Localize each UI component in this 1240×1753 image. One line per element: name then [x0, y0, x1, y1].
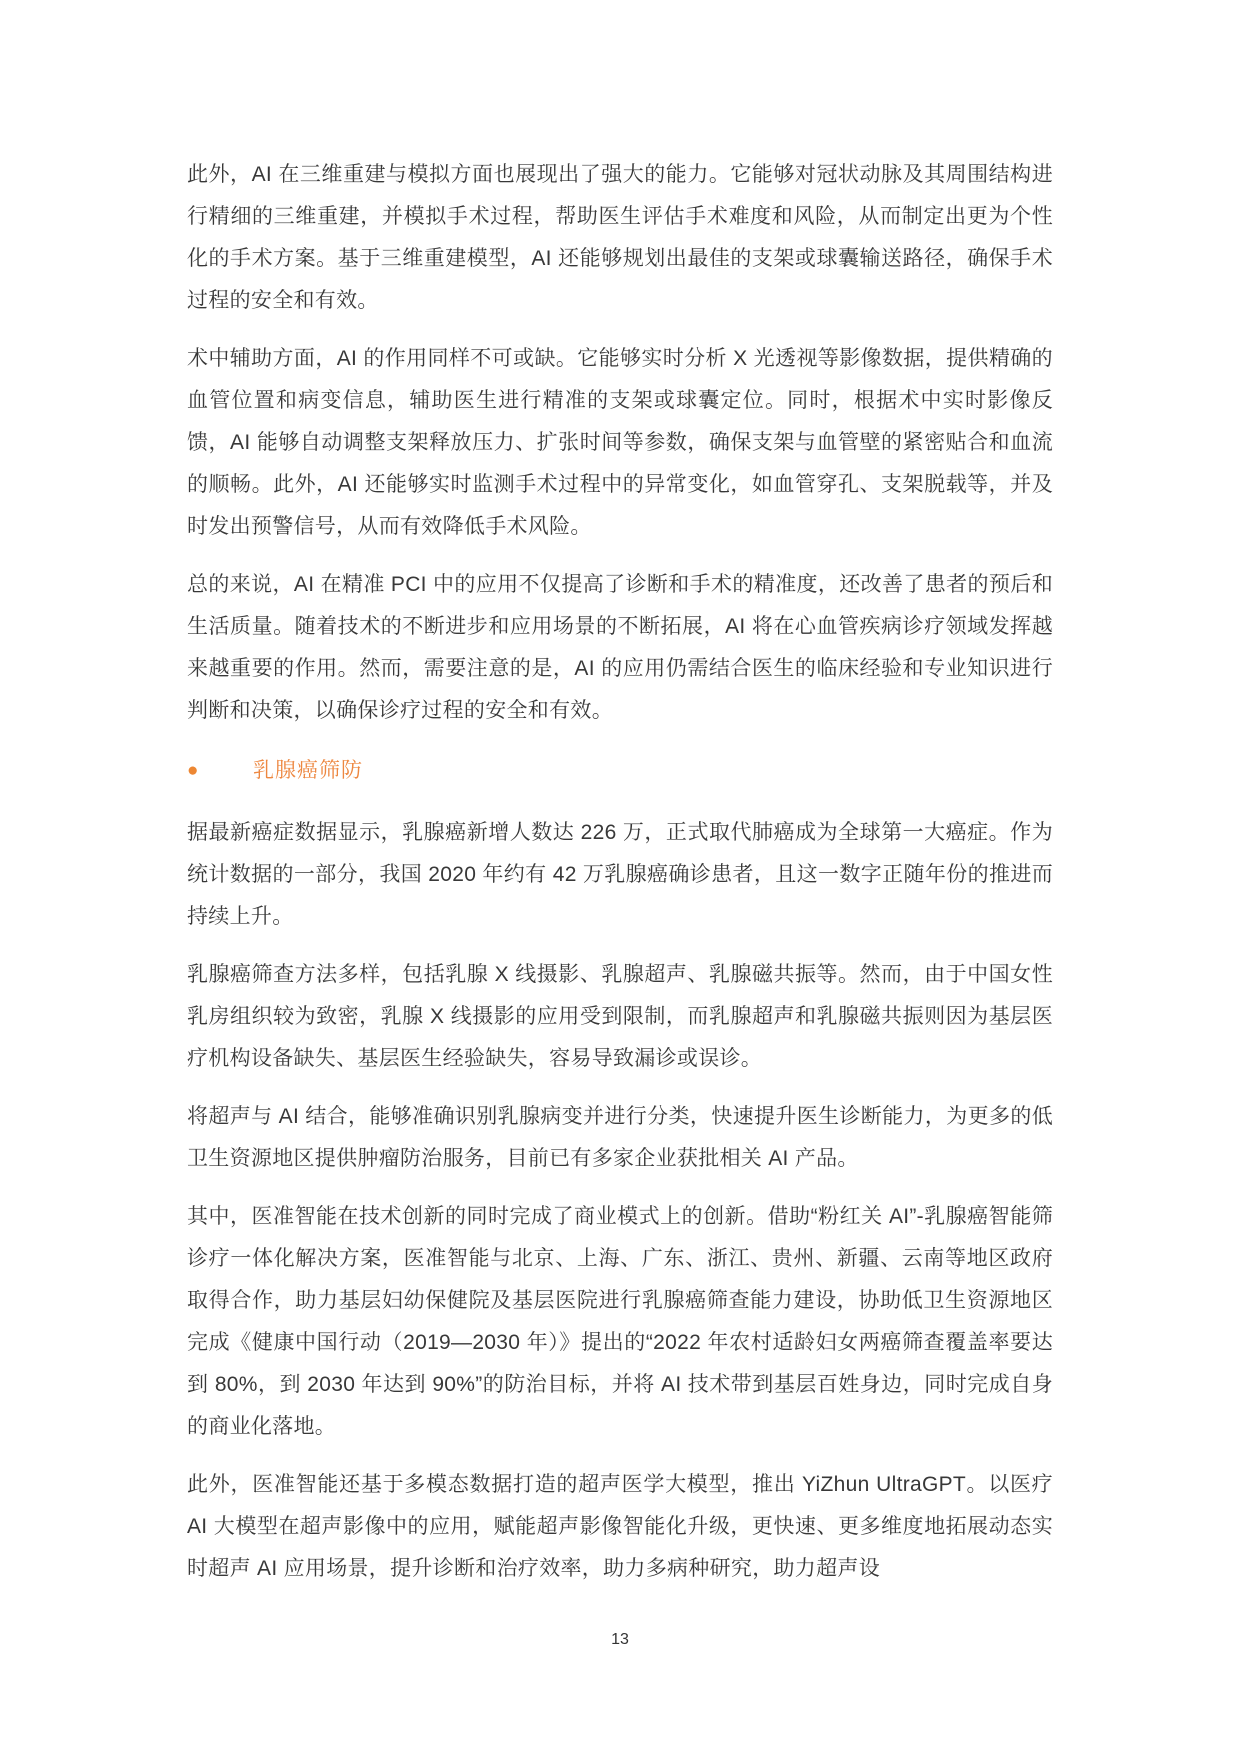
paragraph-3d-reconstruction: 此外，AI 在三维重建与模拟方面也展现出了强大的能力。它能够对冠状动脉及其周围结… — [187, 154, 1053, 322]
paragraph-intraoperative-assist: 术中辅助方面，AI 的作用同样不可或缺。它能够实时分析 X 光透视等影像数据，提… — [187, 338, 1053, 548]
bullet-icon: ● — [187, 750, 253, 792]
document-page: 此外，AI 在三维重建与模拟方面也展现出了强大的能力。它能够对冠状动脉及其周围结… — [0, 0, 1240, 1753]
paragraph-ultrasound-ai: 将超声与 AI 结合，能够准确识别乳腺病变并进行分类，快速提升医生诊断能力，为更… — [187, 1096, 1053, 1180]
paragraph-pci-summary: 总的来说，AI 在精准 PCI 中的应用不仅提高了诊断和手术的精准度，还改善了患… — [187, 564, 1053, 732]
paragraph-yizhun-ultragpt: 此外，医准智能还基于多模态数据打造的超声医学大模型，推出 YiZhun Ultr… — [187, 1464, 1053, 1590]
section-heading-breast-cancer-screening: ● 乳腺癌筛防 — [187, 750, 1053, 792]
paragraph-yizhun-business-model: 其中，医准智能在技术创新的同时完成了商业模式上的创新。借助“粉红关 AI”-乳腺… — [187, 1196, 1053, 1448]
page-content: 此外，AI 在三维重建与模拟方面也展现出了强大的能力。它能够对冠状动脉及其周围结… — [187, 154, 1053, 1606]
paragraph-screening-methods: 乳腺癌筛查方法多样，包括乳腺 X 线摄影、乳腺超声、乳腺磁共振等。然而，由于中国… — [187, 954, 1053, 1080]
page-number: 13 — [0, 1628, 1240, 1652]
section-heading-label: 乳腺癌筛防 — [253, 750, 363, 792]
paragraph-cancer-statistics: 据最新癌症数据显示，乳腺癌新增人数达 226 万，正式取代肺癌成为全球第一大癌症… — [187, 812, 1053, 938]
